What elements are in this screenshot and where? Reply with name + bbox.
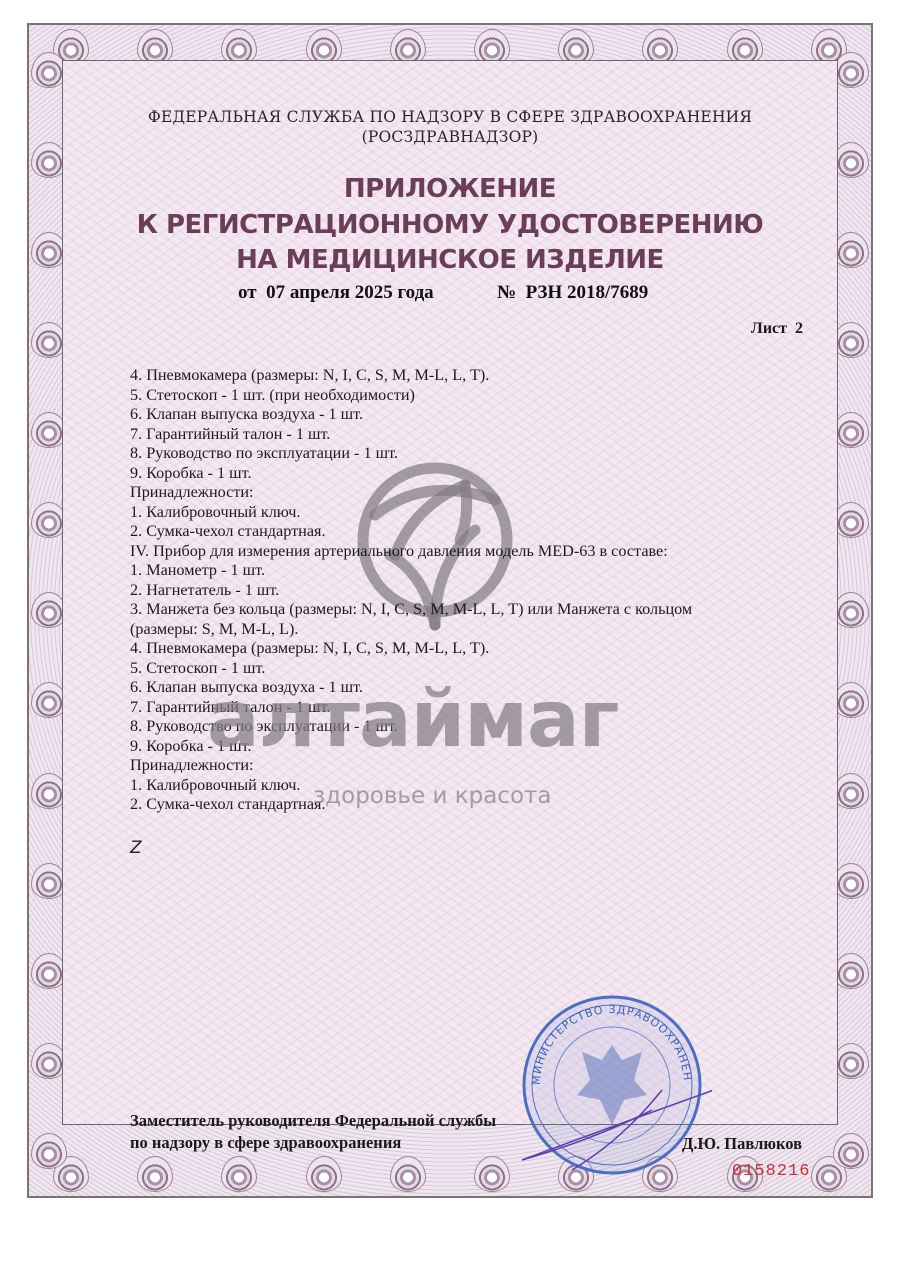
signer-name: Д.Ю. Павлюков — [682, 1134, 802, 1154]
signer-title-line-2: по надзору в сфере здравоохранения — [130, 1132, 496, 1154]
list-item: 5. Стетоскоп - 1 шт. (при необходимости) — [130, 386, 780, 406]
list-item: 7. Гарантийный талон - 1 шт. — [130, 425, 780, 445]
list-item: IV. Прибор для измерения артериального д… — [130, 542, 780, 562]
issue-date: от 07 апреля 2025 года — [238, 282, 434, 304]
signer-title: Заместитель руководителя Федеральной слу… — [130, 1110, 496, 1154]
document-subtitle-1: К РЕГИСТРАЦИОННОМУ УДОСТОВЕРЕНИЮ — [0, 208, 900, 243]
document-title: ПРИЛОЖЕНИЕ — [0, 172, 900, 207]
document-subtitle-2: НА МЕДИЦИНСКОЕ ИЗДЕЛИЕ — [0, 243, 900, 278]
signer-title-line-1: Заместитель руководителя Федеральной слу… — [130, 1110, 496, 1132]
agency-abbr: (РОСЗДРАВНАДЗОР) — [0, 128, 900, 146]
list-item: 8. Руководство по эксплуатации - 1 шт. — [130, 444, 780, 464]
list-item: 4. Пневмокамера (размеры: N, I, C, S, M,… — [130, 639, 780, 659]
list-item: 1. Калибровочный ключ. — [130, 503, 780, 523]
list-item: 1. Манометр - 1 шт. — [130, 561, 780, 581]
handwritten-mark: Z — [130, 838, 142, 858]
list-item: 4. Пневмокамера (размеры: N, I, C, S, M,… — [130, 366, 780, 386]
list-item: 2. Нагнетатель - 1 шт. — [130, 581, 780, 601]
list-item: 2. Сумка-чехол стандартная. — [130, 522, 780, 542]
sheet-number: Лист 2 — [751, 320, 803, 338]
agency-name: ФЕДЕРАЛЬНАЯ СЛУЖБА ПО НАДЗОРУ В СФЕРЕ ЗД… — [0, 108, 900, 126]
watermark-tagline: здоровье и красота — [313, 783, 552, 809]
list-item: 3. Манжета без кольца (размеры: N, I, C,… — [130, 600, 780, 620]
list-item: 9. Коробка - 1 шт. — [130, 464, 780, 484]
form-serial-number: 0158216 — [732, 1162, 810, 1181]
watermark-brand: алтаймаг — [207, 680, 618, 760]
registration-number: № РЗН 2018/7689 — [497, 282, 648, 304]
list-item: (размеры: S, M, M-L, L). — [130, 620, 780, 640]
list-item: Принадлежности: — [130, 483, 780, 503]
list-item: 6. Клапан выпуска воздуха - 1 шт. — [130, 405, 780, 425]
